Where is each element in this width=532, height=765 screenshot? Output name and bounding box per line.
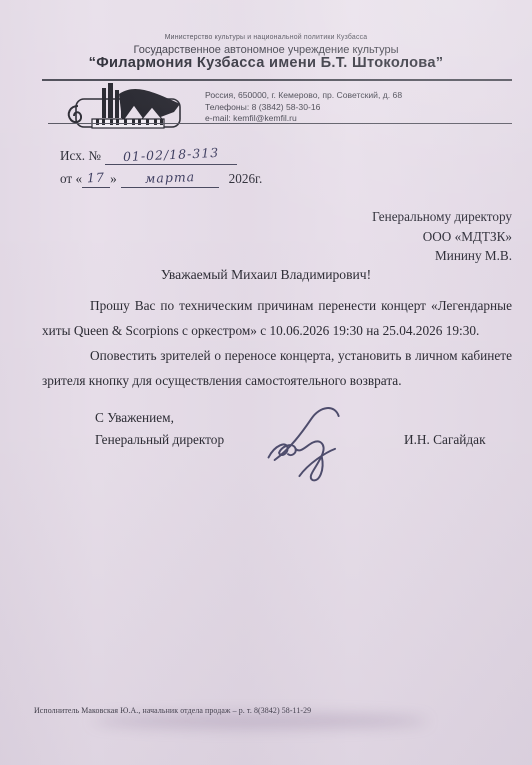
addressee-block: Генеральному директору ООО «МДТЗК» Минин…: [372, 207, 512, 266]
addressee-company: ООО «МДТЗК»: [372, 227, 512, 247]
date-month-handwritten: марта: [144, 169, 195, 186]
date-quote-close: »: [110, 171, 117, 186]
header-divider-top: [42, 79, 512, 81]
grand-piano-logo: [62, 82, 186, 134]
salutation: Уважаемый Михаил Владимирович!: [0, 267, 532, 283]
signer-name: И.Н. Сагайдак: [404, 432, 486, 448]
date-month-field: марта: [121, 171, 219, 188]
address-line: Россия, 650000, г. Кемерово, пр. Советск…: [205, 90, 402, 102]
handwritten-signature: [239, 398, 372, 489]
contact-block: Россия, 650000, г. Кемерово, пр. Советск…: [205, 90, 402, 125]
date-year: 2026г.: [229, 171, 263, 186]
letter-body: Прошу Вас по техническим причинам перене…: [42, 293, 512, 393]
signer-title: Генеральный директор: [95, 432, 224, 448]
date-day-handwritten: 17: [87, 170, 106, 186]
outgoing-number-handwritten: 01-02/18-313: [123, 145, 220, 164]
organization-name: “Филармония Кузбасса имени Б.Т. Штоколов…: [0, 55, 532, 71]
date-day-field: 17: [82, 171, 110, 188]
addressee-position: Генеральному директору: [372, 207, 512, 227]
body-paragraph-1: Прошу Вас по техническим причинам перене…: [42, 293, 512, 343]
closing-line: С Уважением,: [95, 410, 174, 426]
reference-block: Исх. №01-02/18-313 от «17»марта2026г.: [60, 148, 262, 194]
header-divider-bottom: [48, 123, 512, 124]
addressee-name: Минину М.В.: [372, 246, 512, 266]
outgoing-number-line: Исх. №01-02/18-313: [60, 148, 262, 171]
outgoing-number-field: 01-02/18-313: [105, 148, 237, 165]
date-line: от «17»марта2026г.: [60, 171, 262, 194]
outgoing-number-label: Исх. №: [60, 148, 101, 163]
date-prefix: от «: [60, 171, 82, 186]
ink-bleed-artifact: [92, 714, 428, 728]
body-paragraph-2: Оповестить зрителей о переносе концерта,…: [42, 343, 512, 393]
ministry-line: Министерство культуры и национальной пол…: [0, 34, 532, 41]
letter-page: Министерство культуры и национальной пол…: [0, 0, 532, 765]
phone-line: Телефоны: 8 (3842) 58-30-16: [205, 102, 402, 114]
